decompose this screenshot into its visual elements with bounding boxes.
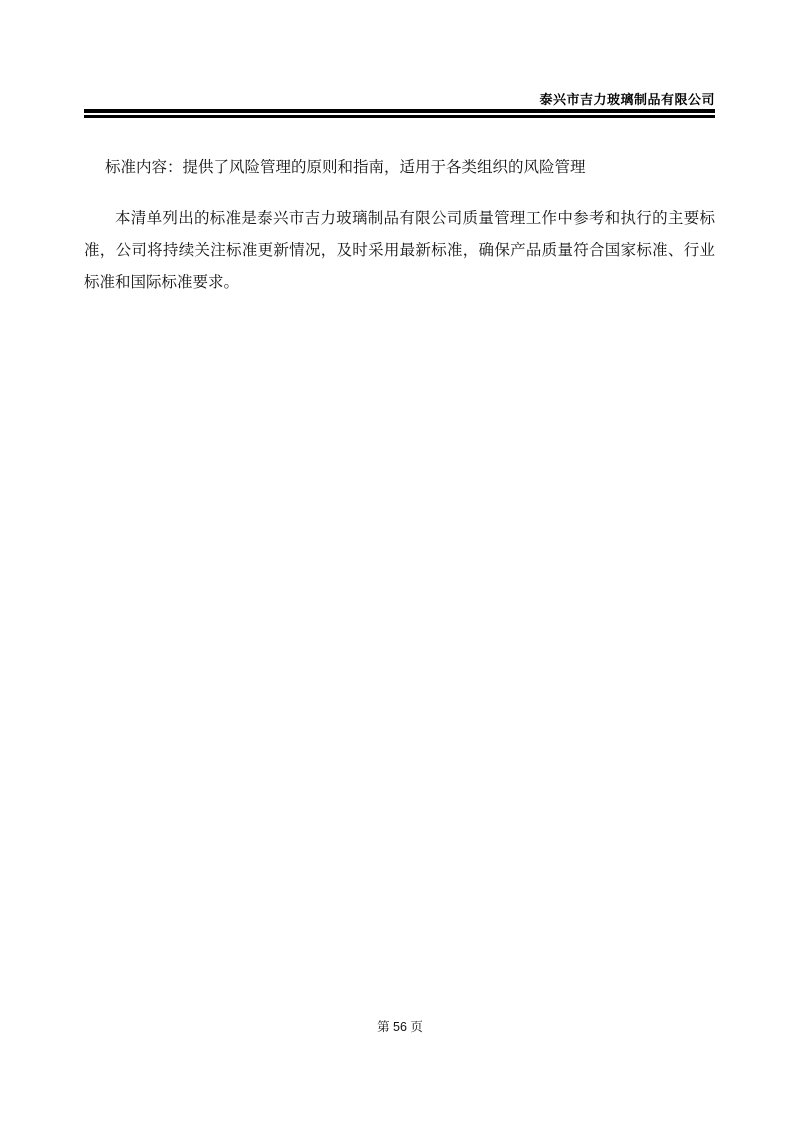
header-rule-thin-line (84, 115, 715, 118)
header-company-name: 泰兴市吉力玻璃制品有限公司 (84, 0, 715, 108)
header-double-rule (84, 109, 715, 118)
document-page: 泰兴市吉力玻璃制品有限公司 标准内容：提供了风险管理的原则和指南，适用于各类组织… (0, 0, 800, 1131)
standard-content-line: 标准内容：提供了风险管理的原则和指南，适用于各类组织的风险管理 (84, 155, 715, 181)
page-number: 第 56 页 (377, 1020, 423, 1034)
page-header: 泰兴市吉力玻璃制品有限公司 (84, 0, 715, 118)
page-body: 标准内容：提供了风险管理的原则和指南，适用于各类组织的风险管理 本清单列出的标准… (84, 155, 715, 299)
header-rule-thick-line (84, 109, 715, 113)
summary-paragraph: 本清单列出的标准是泰兴市吉力玻璃制品有限公司质量管理工作中参考和执行的主要标准，… (84, 203, 715, 299)
page-footer: 第 56 页 (0, 1018, 800, 1036)
